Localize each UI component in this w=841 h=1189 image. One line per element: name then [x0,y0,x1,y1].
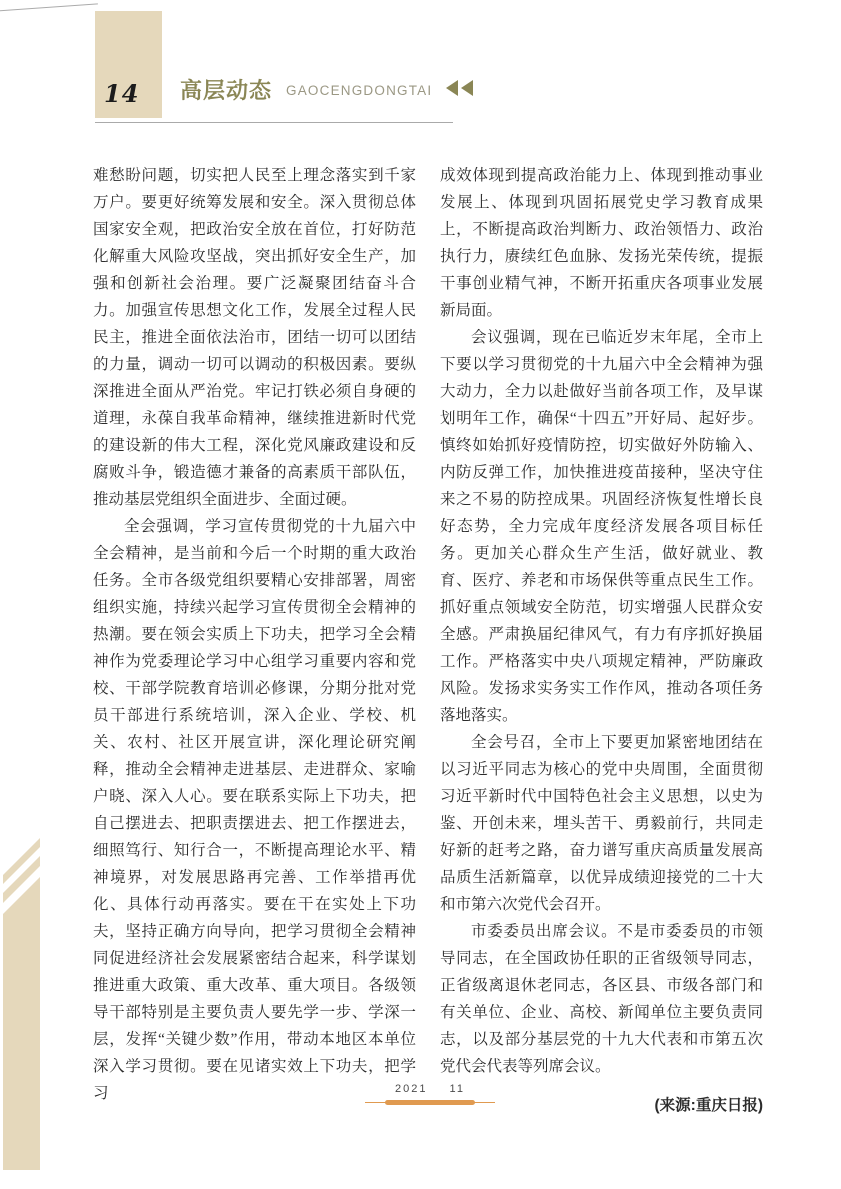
article-paragraph: 市委委员出席会议。不是市委委员的市领导同志，在全国政协任职的正省级领导同志，正省… [440,918,763,1080]
footer-rule-thick [385,1100,475,1105]
article-paragraph: 会议强调，现在已临近岁末年尾，全市上下要以学习贯彻党的十九届六中全会精神为强大动… [440,324,763,729]
article-column-left: 难愁盼问题，切实把人民至上理念落实到千家万户。要更好统筹发展和安全。深入贯彻总体… [93,162,416,1107]
section-header: 高层动态 GAOCENGDONGTAI [180,74,473,104]
footer-issue: 11 [450,1083,465,1095]
section-title: 高层动态 [180,74,272,105]
double-left-arrow-icon [446,78,473,101]
magazine-page: 14 高层动态 GAOCENGDONGTAI 难愁盼问题，切实把人民至上理念落实… [0,0,841,1189]
page-number: 14 [104,79,139,108]
article-paragraph: 全会强调，学习宣传贯彻党的十九届六中全会精神，是当前和今后一个时期的重大政治任务… [93,513,416,1107]
footer-year: 2021 [395,1083,427,1095]
page-footer: 2021 11 [365,1083,495,1095]
article-paragraph: 全会号召，全市上下要更加紧密地团结在以习近平同志为核心的党中央周围，全面贯彻习近… [440,729,763,918]
section-pinyin: GAOCENGDONGTAI [286,80,432,98]
scan-artifact-line [0,3,98,11]
article-paragraph: 难愁盼问题，切实把人民至上理念落实到千家万户。要更好统筹发展和安全。深入贯彻总体… [93,162,416,513]
corner-stripes-decoration [0,830,42,1180]
page-number-block: 14 [95,11,162,118]
article-paragraph: 成效体现到提高政治能力上、体现到推动事业发展上、体现到巩固拓展党史学习教育成果上… [440,162,763,324]
footer-rule [365,1100,495,1106]
article-column-right: 成效体现到提高政治能力上、体现到推动事业发展上、体现到巩固拓展党史学习教育成果上… [440,162,763,1119]
header-rule [95,122,453,123]
